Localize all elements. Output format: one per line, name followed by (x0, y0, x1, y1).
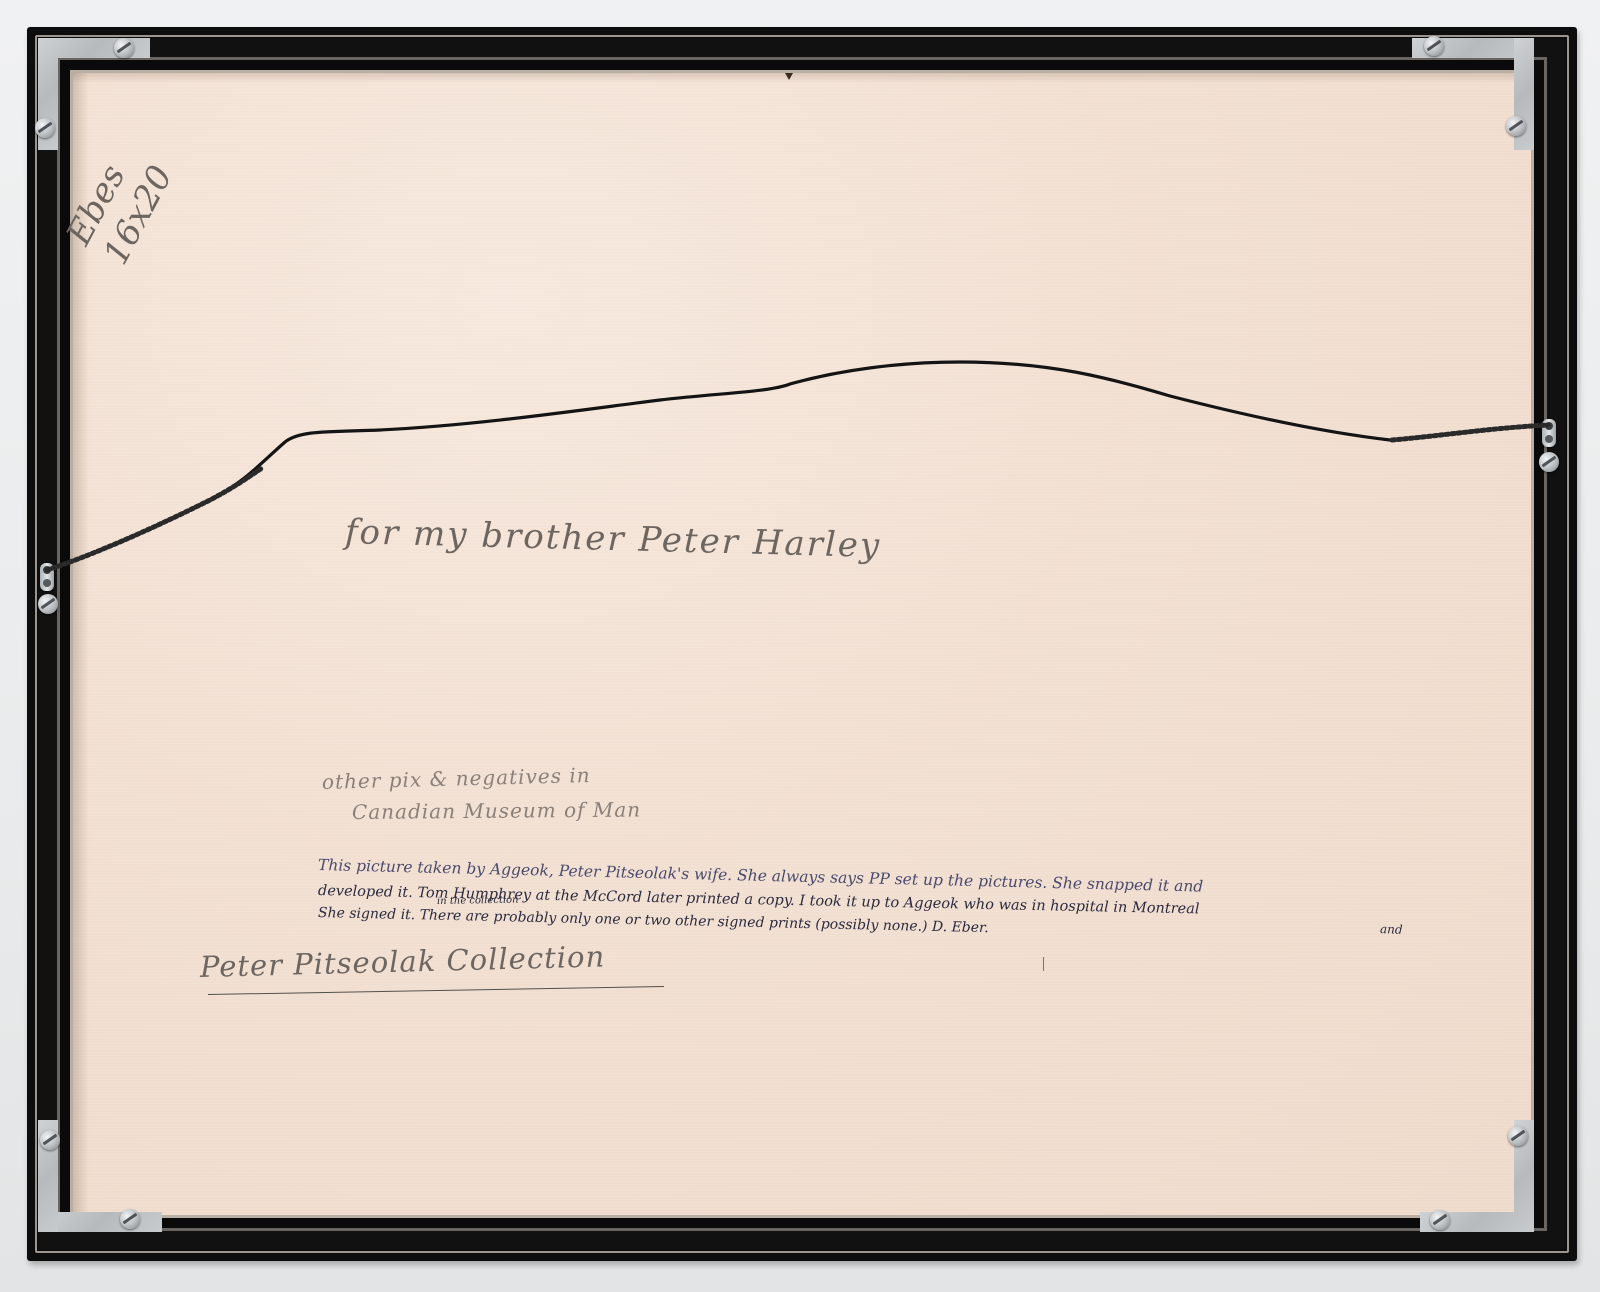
provenance-note-line2-end: and (1380, 922, 1403, 937)
hanging-wire (0, 0, 1600, 1292)
stray-pencil-mark (1043, 957, 1044, 971)
framed-picture-back: Ebes 16x20 for my brother Peter Harley o… (0, 0, 1600, 1292)
negatives-note-line2: Canadian Museum of Man (352, 797, 641, 824)
provenance-note-insert: in the collection (437, 895, 519, 907)
